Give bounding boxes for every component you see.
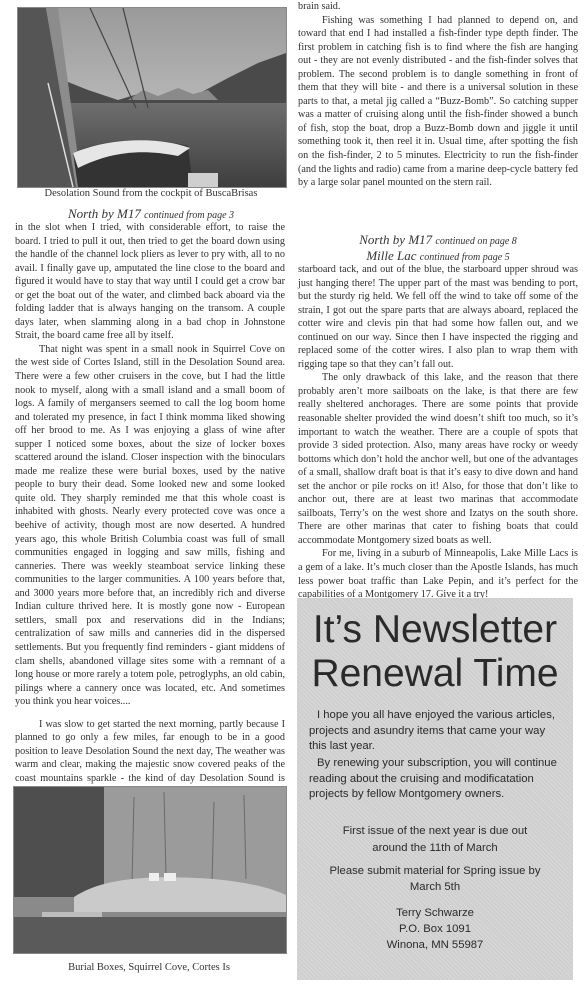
- contact-city: Winona, MN 55987: [297, 938, 573, 954]
- north-by-m17-heading: North by M17 continued from page 3: [17, 206, 285, 222]
- north-by-m17-footer: North by M17 continued on page 8: [298, 232, 578, 248]
- paragraph: That night was spent in a small nook in …: [15, 343, 285, 709]
- continuation-note: continued from page 5: [420, 252, 510, 263]
- issue-due-line1: First issue of the next year is due out: [297, 824, 573, 840]
- photo1-caption: Desolation Sound from the cockpit of Bus…: [17, 188, 285, 199]
- paragraph: in the slot when I tried, with considera…: [15, 221, 285, 343]
- article-title: North by M17: [359, 232, 432, 247]
- submit-line1: Please submit material for Spring issue …: [297, 864, 573, 880]
- north-by-m17-continued-body: brain said. Fishing was something I had …: [298, 0, 578, 190]
- renewal-para-subscription: By renewing your subscription, you will …: [309, 756, 563, 803]
- issue-due-line2: around the 11th of March: [297, 841, 573, 857]
- mille-lac-heading: Mille Lac continued from page 5: [298, 248, 578, 264]
- lead-line: brain said.: [298, 0, 578, 14]
- north-by-m17-body: in the slot when I tried, with considera…: [15, 221, 285, 813]
- sailboat-photo-illustration: [18, 8, 286, 187]
- continuation-note: continued from page 3: [144, 210, 234, 221]
- paragraph: Fishing was something I had planned to d…: [298, 14, 578, 190]
- mille-lac-body: starboard tack, and out of the blue, the…: [298, 263, 578, 602]
- article-title: Mille Lac: [366, 248, 416, 263]
- newsletter-renewal-box: It’s Newsletter Renewal Time I hope you …: [297, 598, 573, 980]
- renewal-para-enjoyed: I hope you all have enjoyed the various …: [309, 708, 563, 755]
- photo-burial-boxes: [13, 786, 287, 954]
- cove-photo-illustration: [14, 787, 286, 953]
- continuation-note: continued on page 8: [435, 236, 516, 247]
- renewal-title-line1: It’s Newsletter: [297, 608, 573, 652]
- paragraph: starboard tack, and out of the blue, the…: [298, 263, 578, 371]
- submit-line2: March 5th: [297, 880, 573, 896]
- paragraph: For me, living in a suburb of Minneapoli…: [298, 547, 578, 601]
- renewal-title: It’s Newsletter Renewal Time: [297, 608, 573, 696]
- article-title: North by M17: [68, 206, 141, 221]
- paragraph: The only drawback of this lake, and the …: [298, 371, 578, 547]
- renewal-title-line2: Renewal Time: [297, 652, 573, 696]
- contact-name: Terry Schwarze: [297, 906, 573, 922]
- photo-desolation-sound: [17, 7, 287, 188]
- contact-po-box: P.O. Box 1091: [297, 922, 573, 938]
- photo2-caption: Burial Boxes, Squirrel Cove, Cortes Is: [13, 962, 285, 973]
